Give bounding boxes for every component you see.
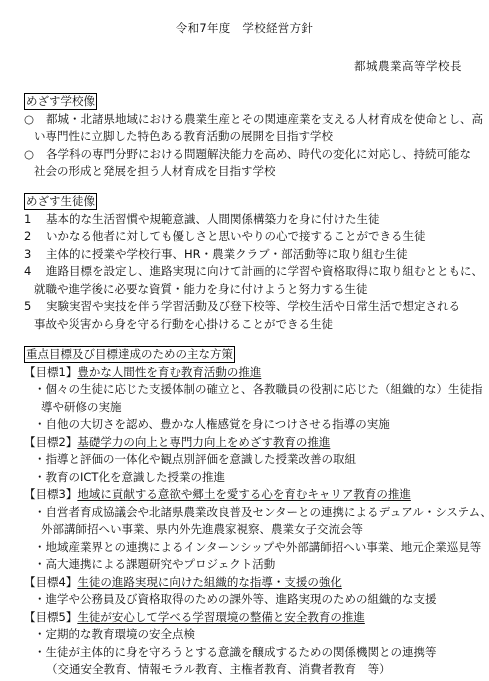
circle-marker: ○ xyxy=(24,111,46,129)
goal-bullet: ・自他の大切さを認め、豊かな人権感覚を身につけさせる指導の実施 xyxy=(24,416,474,434)
item-number: 1 xyxy=(24,211,46,229)
goal-title: 地域に貢献する意欲や郷土を愛する心を育むキャリア教育の推進 xyxy=(77,487,411,501)
school-vision-item: ○各学科の専門分野における問題解決能力を高め、時代の変化に対応し、持続可能な 社… xyxy=(24,146,474,181)
goal-title: 生徒の進路実現に向けた組織的な指導・支援の強化 xyxy=(77,575,342,589)
goal-bullet: ・生徒が主体的に身を守ろうとする意識を醸成するための関係機関との連携等 xyxy=(24,644,474,662)
goal-title: 豊かな人間性を育む教育活動の推進 xyxy=(77,365,261,379)
priority-goals-heading: 重点目標及び目標達成のための主な方策 xyxy=(24,346,235,363)
goal-4: 【目標4】生徒の進路実現に向けた組織的な指導・支援の強化 ・進学や公務員及び資格… xyxy=(24,574,474,609)
goal-bullet: ・自営者育成協議会や北諸県農業改良普及センターとの連携によるデュアル・システム、 xyxy=(24,504,474,522)
goal-label: 【目標3】 xyxy=(24,487,77,501)
item-number: 2 xyxy=(24,228,46,246)
goal-2: 【目標2】基礎学力の向上と専門力向上をめざす教育の推進 ・指導と評価の一体化や観… xyxy=(24,434,474,487)
item-number: 4 xyxy=(24,263,46,281)
school-vision-item: ○都城・北諸県地域における農業生産とその関連産業を支える人材育成を使命とし、高 … xyxy=(24,111,474,146)
document-author: 都城農業高等学校長 xyxy=(354,58,462,75)
student-vision-item: 3主体的に授業や学校行事、HR・農業クラブ・部活動等に取り組む生徒 xyxy=(24,246,474,264)
goal-bullet: ・個々の生徒に応じた支援体制の確立と、各教職員の役割に応じた（組織的な）生徒指 xyxy=(24,381,474,399)
goal-bullet: ・進学や公務員及び資格取得のための課外等、進路実現のための組織的な支援 xyxy=(24,591,474,609)
goal-bullet: ・指導と評価の一体化や観点別評価を意識した授業改善の取組 xyxy=(24,451,474,469)
item-text-continued: い専門性に立脚した特色ある教育活動の展開を目指す学校 xyxy=(24,128,474,146)
goal-5: 【目標5】生徒が安心して学べる学習環境の整備と安全教育の推進 ・定期的な教育環境… xyxy=(24,609,474,679)
circle-marker: ○ xyxy=(24,146,46,164)
goal-label: 【目標4】 xyxy=(24,575,77,589)
student-vision-item: 5実験実習や実技を伴う学習活動及び登下校等、学校生活や日常生活で想定される 事故… xyxy=(24,298,474,333)
goal-label: 【目標1】 xyxy=(24,365,77,379)
goal-label: 【目標5】 xyxy=(24,610,77,624)
goal-title: 生徒が安心して学べる学習環境の整備と安全教育の推進 xyxy=(77,610,365,624)
school-vision-heading: めざす学校像 xyxy=(24,93,97,110)
goal-3: 【目標3】地域に貢献する意欲や郷土を愛する心を育むキャリア教育の推進 ・自営者育… xyxy=(24,486,474,574)
goal-bullet-continued: 導や研修の実施 xyxy=(24,399,474,417)
goal-bullet: ・定期的な教育環境の安全点検 xyxy=(24,626,474,644)
student-vision-item: 1基本的な生活習慣や規範意識、人間関係構築力を身に付けた生徒 xyxy=(24,211,474,229)
school-vision-section: めざす学校像 ○都城・北諸県地域における農業生産とその関連産業を支える人材育成を… xyxy=(24,93,474,181)
goal-bullet: ・高大連携による課題研究やプロジェクト活動 xyxy=(24,556,474,574)
priority-goals-section: 重点目標及び目標達成のための主な方策 【目標1】豊かな人間性を育む教育活動の推進… xyxy=(24,346,474,679)
goal-1: 【目標1】豊かな人間性を育む教育活動の推進 ・個々の生徒に応じた支援体制の確立と… xyxy=(24,364,474,434)
goal-title: 基礎学力の向上と専門力向上をめざす教育の推進 xyxy=(77,435,330,449)
item-text: 主体的に授業や学校行事、HR・農業クラブ・部活動等に取り組む生徒 xyxy=(46,247,408,261)
goal-bullet: ・教育のICT化を意識した授業の推進 xyxy=(24,469,474,487)
goal-bullet: ・地域産業界との連携によるインターンシップや外部講師招へい事業、地元企業巡見等 xyxy=(24,539,474,557)
document-title: 令和7年度 学校経営方針 xyxy=(0,20,489,37)
item-text-continued: 社会の形成と発展を担う人材育成を目指す学校 xyxy=(24,163,474,181)
item-text: 実験実習や実技を伴う学習活動及び登下校等、学校生活や日常生活で想定される xyxy=(46,299,460,313)
item-text: 基本的な生活習慣や規範意識、人間関係構築力を身に付けた生徒 xyxy=(46,212,380,226)
item-text: 都城・北諸県地域における農業生産とその関連産業を支える人材育成を使命とし、高 xyxy=(46,112,483,126)
item-text: 進路目標を設定し、進路実現に向けて計画的に学習や資格取得に取り組むとともに、 xyxy=(46,264,483,278)
item-text: いかなる他者に対しても優しさと思いやりの心で接することができる生徒 xyxy=(46,229,426,243)
item-text-continued: 就職や進学後に必要な資質・能力を身に付けようと努力する生徒 xyxy=(24,281,474,299)
goal-label: 【目標2】 xyxy=(24,435,77,449)
document-page: 令和7年度 学校経営方針 都城農業高等学校長 めざす学校像 ○都城・北諸県地域に… xyxy=(0,0,489,681)
student-vision-section: めざす生徒像 1基本的な生活習慣や規範意識、人間関係構築力を身に付けた生徒 2い… xyxy=(24,193,474,333)
goal-bullet-continued: 外部講師招へい事業、県内外先進農家視察、農業女子交流会等 xyxy=(24,521,474,539)
item-text-continued: 事故や災害から身を守る行動を心掛けることができる生徒 xyxy=(24,316,474,334)
item-number: 5 xyxy=(24,298,46,316)
item-text: 各学科の専門分野における問題解決能力を高め、時代の変化に対応し、持続可能な xyxy=(46,147,471,161)
student-vision-heading: めざす生徒像 xyxy=(24,193,97,210)
goal-bullet-continued: （交通安全教育、情報モラル教育、主権者教育、消費者教育 等） xyxy=(24,661,474,679)
student-vision-item: 4進路目標を設定し、進路実現に向けて計画的に学習や資格取得に取り組むとともに、 … xyxy=(24,263,474,298)
student-vision-item: 2いかなる他者に対しても優しさと思いやりの心で接することができる生徒 xyxy=(24,228,474,246)
item-number: 3 xyxy=(24,246,46,264)
